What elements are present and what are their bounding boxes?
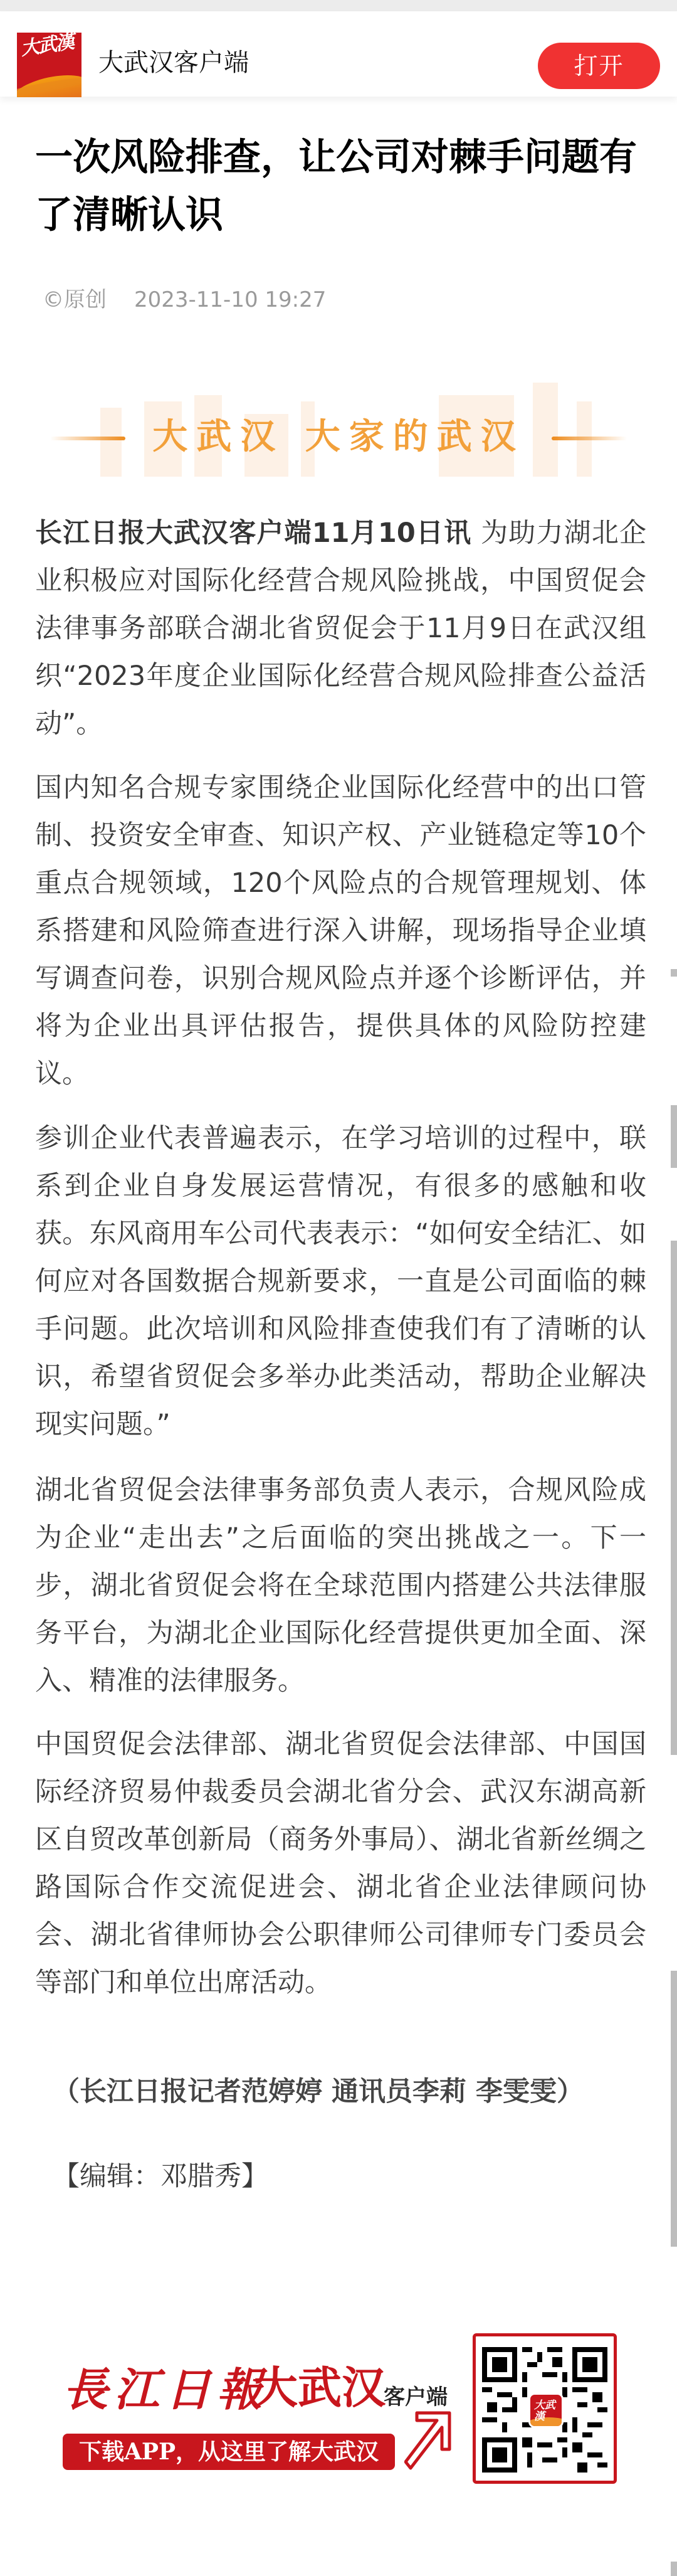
byline: （长江日报记者范婷婷 通讯员李莉 李雯雯） <box>53 2073 584 2111</box>
download-app-cta[interactable]: 下载APP，从这里了解大武汉 <box>63 2434 395 2470</box>
arrow-up-right-icon <box>404 2405 454 2474</box>
app-logo-text: 大武漢 <box>19 33 74 58</box>
status-strip <box>0 0 677 11</box>
app-name: 大武汉客户端 <box>98 48 249 78</box>
original-badge: ©原创 <box>43 287 107 312</box>
slogan-banner: 大武汉 大家的武汉 <box>38 376 639 477</box>
article-title: 一次风险排查，让公司对棘手问题有了清晰认识 <box>35 129 637 244</box>
scrollbar-thumb[interactable] <box>671 969 677 977</box>
article-paragraph-5: 中国贸促会法律部、湖北省贸促会法律部、中国国际经济贸易仲裁委员会湖北省分会、武汉… <box>35 1720 646 2006</box>
editor-credit: 【编辑：邓腊秀】 <box>53 2158 268 2195</box>
qr-center-logo-icon: 大武漢 <box>528 2393 564 2428</box>
banner-slogan: 大武汉 大家的武汉 <box>38 415 639 459</box>
scrollbar-thumb[interactable] <box>671 2562 677 2576</box>
scrollbar-thumb[interactable] <box>671 1971 677 2247</box>
qr-code: 大武漢 <box>473 2333 617 2484</box>
newspaper-logo: 長江日報 <box>63 2358 268 2421</box>
article-paragraph-4: 湖北省贸促会法律事务部负责人表示，合规风险成为企业“走出去”之后面临的突出挑战之… <box>35 1466 646 1705</box>
divider-line-right <box>552 437 627 440</box>
dateline: 长江日报大武汉客户端11月10日讯 <box>35 517 471 549</box>
article-paragraph-3: 参训企业代表普遍表示，在学习培训的过程中，联系到企业自身发展运营情况，有很多的感… <box>35 1115 646 1448</box>
article-paragraph-1: 长江日报大武汉客户端11月10日讯 为助力湖北企业积极应对国际化经营合规风险挑战… <box>35 509 646 748</box>
article-meta: ©原创2023-11-10 19:27 <box>43 287 326 313</box>
brand-name: 大武汉 <box>254 2360 386 2416</box>
open-app-button[interactable]: 打开 <box>538 43 660 89</box>
article-paragraph-2: 国内知名合规专家围绕企业国际化经营中的出口管制、投资安全审查、知识产权、产业链稳… <box>35 764 646 1098</box>
scrollbar-thumb[interactable] <box>671 1105 677 1168</box>
app-download-header: 大武漢 大武汉客户端 打开 <box>0 11 677 97</box>
publish-time: 2023-11-10 19:27 <box>134 287 326 312</box>
app-logo-icon: 大武漢 <box>17 33 81 97</box>
scrollbar-thumb[interactable] <box>671 1241 677 1755</box>
